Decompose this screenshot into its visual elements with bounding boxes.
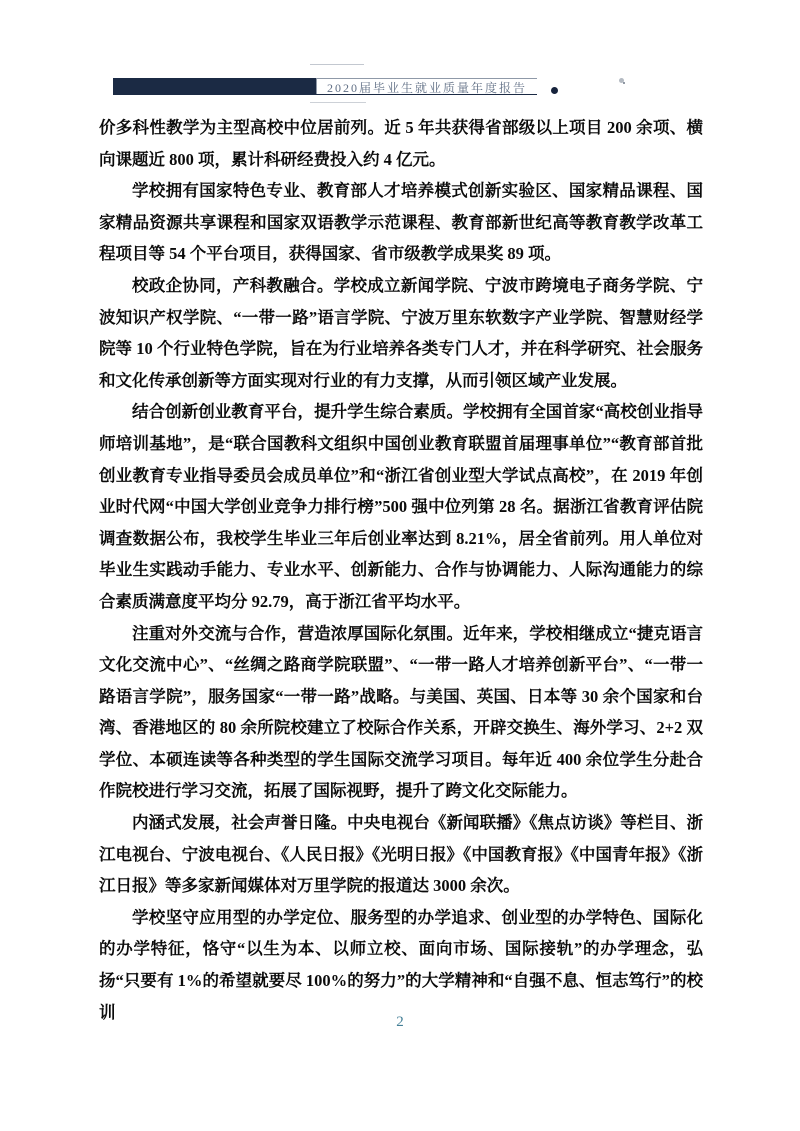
header-dot-icon [551,87,558,94]
paragraph-text: 结合创新创业教育平台，提升学生综合素质。学校拥有全国首家“高校创业指导师培训基地… [99,396,703,617]
paragraph-text: 学校坚守应用型的办学定位、服务型的办学追求、创业型的办学特色、国际化的办学特征，… [99,902,703,1028]
scan-artifact-mark [619,78,627,86]
header-band: 2020届毕业生就业质量年度报告 [113,78,537,95]
header-title-box: 2020届毕业生就业质量年度报告 [316,78,537,94]
document-body: 价多科性教学为主型高校中位居前列。近 5 年共获得省部级以上项目 200 余项、… [99,112,703,1028]
page-number: 2 [0,1014,800,1031]
paragraph-text: 价多科性教学为主型高校中位居前列。近 5 年共获得省部级以上项目 200 余项、… [99,112,703,175]
paragraph-text: 学校拥有国家特色专业、教育部人才培养模式创新实验区、国家精品课程、国家精品资源共… [99,175,703,270]
paragraph-text: 内涵式发展，社会声誉日隆。中央电视台《新闻联播》《焦点访谈》等栏目、浙江电视台、… [99,807,703,902]
paragraph-text: 注重对外交流与合作，营造浓厚国际化氛围。近年来，学校相继成立“捷克语言文化交流中… [99,618,703,808]
header-bottom-rule [310,102,366,103]
report-title: 2020届毕业生就业质量年度报告 [327,80,527,94]
header-top-rule [310,64,364,65]
scan-artifact-speck [623,82,625,84]
header-navy-bar [113,78,316,94]
document-page: 2020届毕业生就业质量年度报告 价多科性教学为主型高校中位居前列。近 5 年共… [0,0,800,1131]
paragraph-text: 校政企协同，产科教融合。学校成立新闻学院、宁波市跨境电子商务学院、宁波知识产权学… [99,270,703,396]
